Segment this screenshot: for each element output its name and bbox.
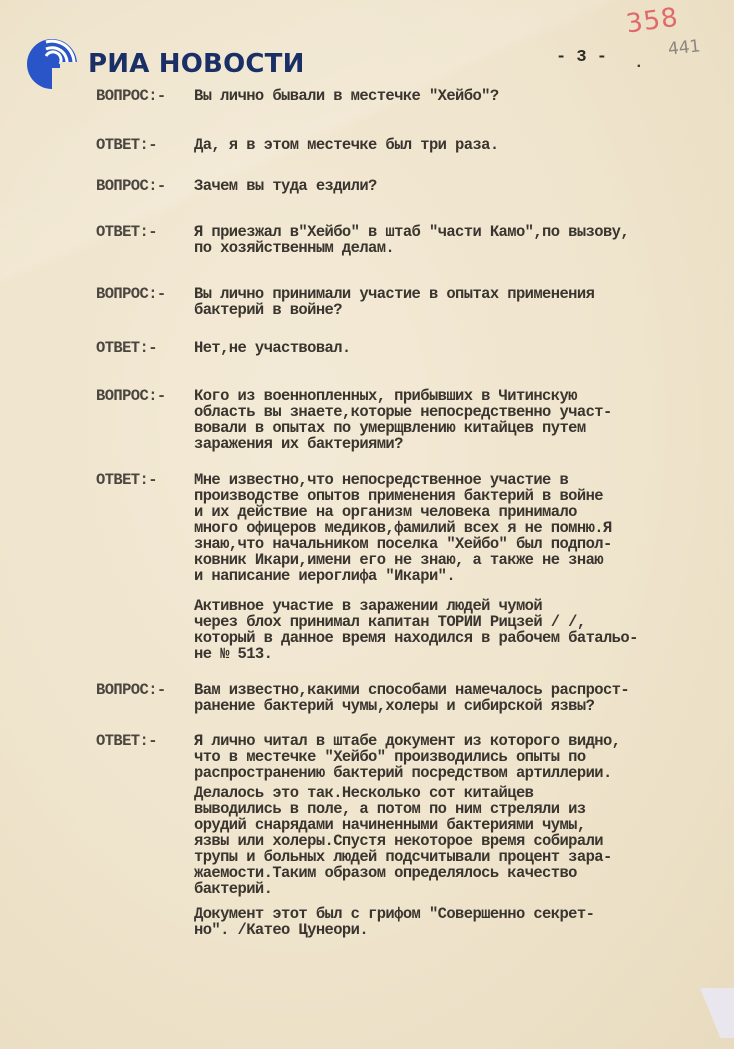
entry-label: ОТВЕТ:- <box>96 224 157 240</box>
entry-text: Я лично читал в штабе документ из которо… <box>194 733 726 781</box>
entry-text: Зачем вы туда ездили? <box>194 178 726 194</box>
paragraph: Активное участие в заражении людей чумой… <box>194 598 726 662</box>
entry-text: Вы лично бывали в местечке "Хейбо"? <box>194 88 726 104</box>
ria-waves-icon <box>26 38 78 90</box>
entry-label: ОТВЕТ:- <box>96 733 157 749</box>
entry-text: Я приезжал в"Хейбо" в штаб "части Камо",… <box>194 224 726 256</box>
entry-label: ВОПРОС:- <box>96 88 166 104</box>
entry-label: ОТВЕТ:- <box>96 472 157 488</box>
entry-label: ВОПРОС:- <box>96 682 166 698</box>
paragraph: Делалось это так.Несколько сот китайцев … <box>194 785 726 897</box>
page-number: - 3 - <box>556 48 607 67</box>
entry-text: Да, я в этом местечке был три раза. <box>194 137 726 153</box>
entry-label: ВОПРОС:- <box>96 286 166 302</box>
entry-label: ОТВЕТ:- <box>96 340 157 356</box>
archive-stamp-grey: 441 <box>667 36 701 59</box>
archive-stamp-red: 358 <box>624 2 680 39</box>
entry-text: Нет,не участвовал. <box>194 340 726 356</box>
entry-label: ВОПРОС:- <box>96 388 166 404</box>
ria-novosti-watermark: РИА НОВОСТИ <box>26 38 305 90</box>
paragraph: Документ этот был с грифом "Совершенно с… <box>194 906 726 938</box>
entry-text: Кого из военнопленных, прибывших в Читин… <box>194 388 726 452</box>
brand-name: РИА НОВОСТИ <box>88 49 305 79</box>
entry-text: Вам известно,какими способами намечалось… <box>194 682 726 714</box>
entry-label: ОТВЕТ:- <box>96 137 157 153</box>
entry-label: ВОПРОС:- <box>96 178 166 194</box>
torn-corner <box>700 988 734 1038</box>
entry-text: Вы лично принимали участие в опытах прим… <box>194 286 726 318</box>
typed-dot: . <box>634 54 644 72</box>
entry-text: Мне известно,что непосредственное участи… <box>194 472 726 584</box>
